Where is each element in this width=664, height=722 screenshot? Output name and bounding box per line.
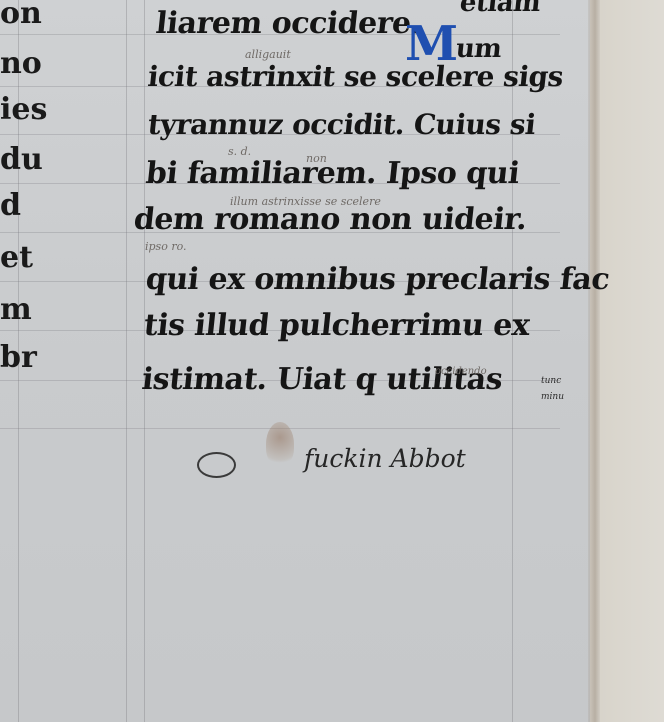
left-column-fragment: no <box>0 46 42 81</box>
gloss: s. d. <box>228 145 251 158</box>
gloss: ipso ro. <box>145 240 187 253</box>
text-line-top-right: etiam <box>458 0 541 18</box>
left-column-fragment: et <box>0 240 33 275</box>
facing-page <box>600 0 664 722</box>
gloss: tunc <box>541 376 561 386</box>
left-column-fragment: br <box>0 340 37 375</box>
gloss: non <box>306 152 327 165</box>
ruling-line <box>126 0 127 722</box>
ink-stain <box>266 422 294 466</box>
gloss: occidendo <box>435 366 487 377</box>
left-column-fragment: ies <box>0 92 47 127</box>
text-line-2: icit astrinxit se scelere sigs <box>146 60 565 93</box>
gloss: illum astrinxisse se scelere <box>230 195 381 208</box>
left-column-fragment: on <box>0 0 42 31</box>
marginal-note: fuckin Abbot <box>304 444 466 473</box>
text-line-4: bi familiarem. Ipso qui <box>144 156 521 191</box>
gloss: alligauit <box>245 48 291 61</box>
left-column-fragment: du <box>0 142 43 177</box>
oval-doodle <box>197 452 236 478</box>
text-line-3: tyrannuz occidit. Cuius si <box>146 108 537 141</box>
ruling-line <box>144 0 145 722</box>
gloss: minu <box>541 392 564 402</box>
left-column-fragment: d <box>0 188 21 223</box>
text-line-1: liarem occidere. <box>154 6 422 41</box>
text-line-7: tis illud pulcherrimu ex <box>142 308 531 343</box>
text-line-6: qui ex omnibus preclaris fac <box>144 262 611 297</box>
left-column-fragment: m <box>0 292 32 327</box>
